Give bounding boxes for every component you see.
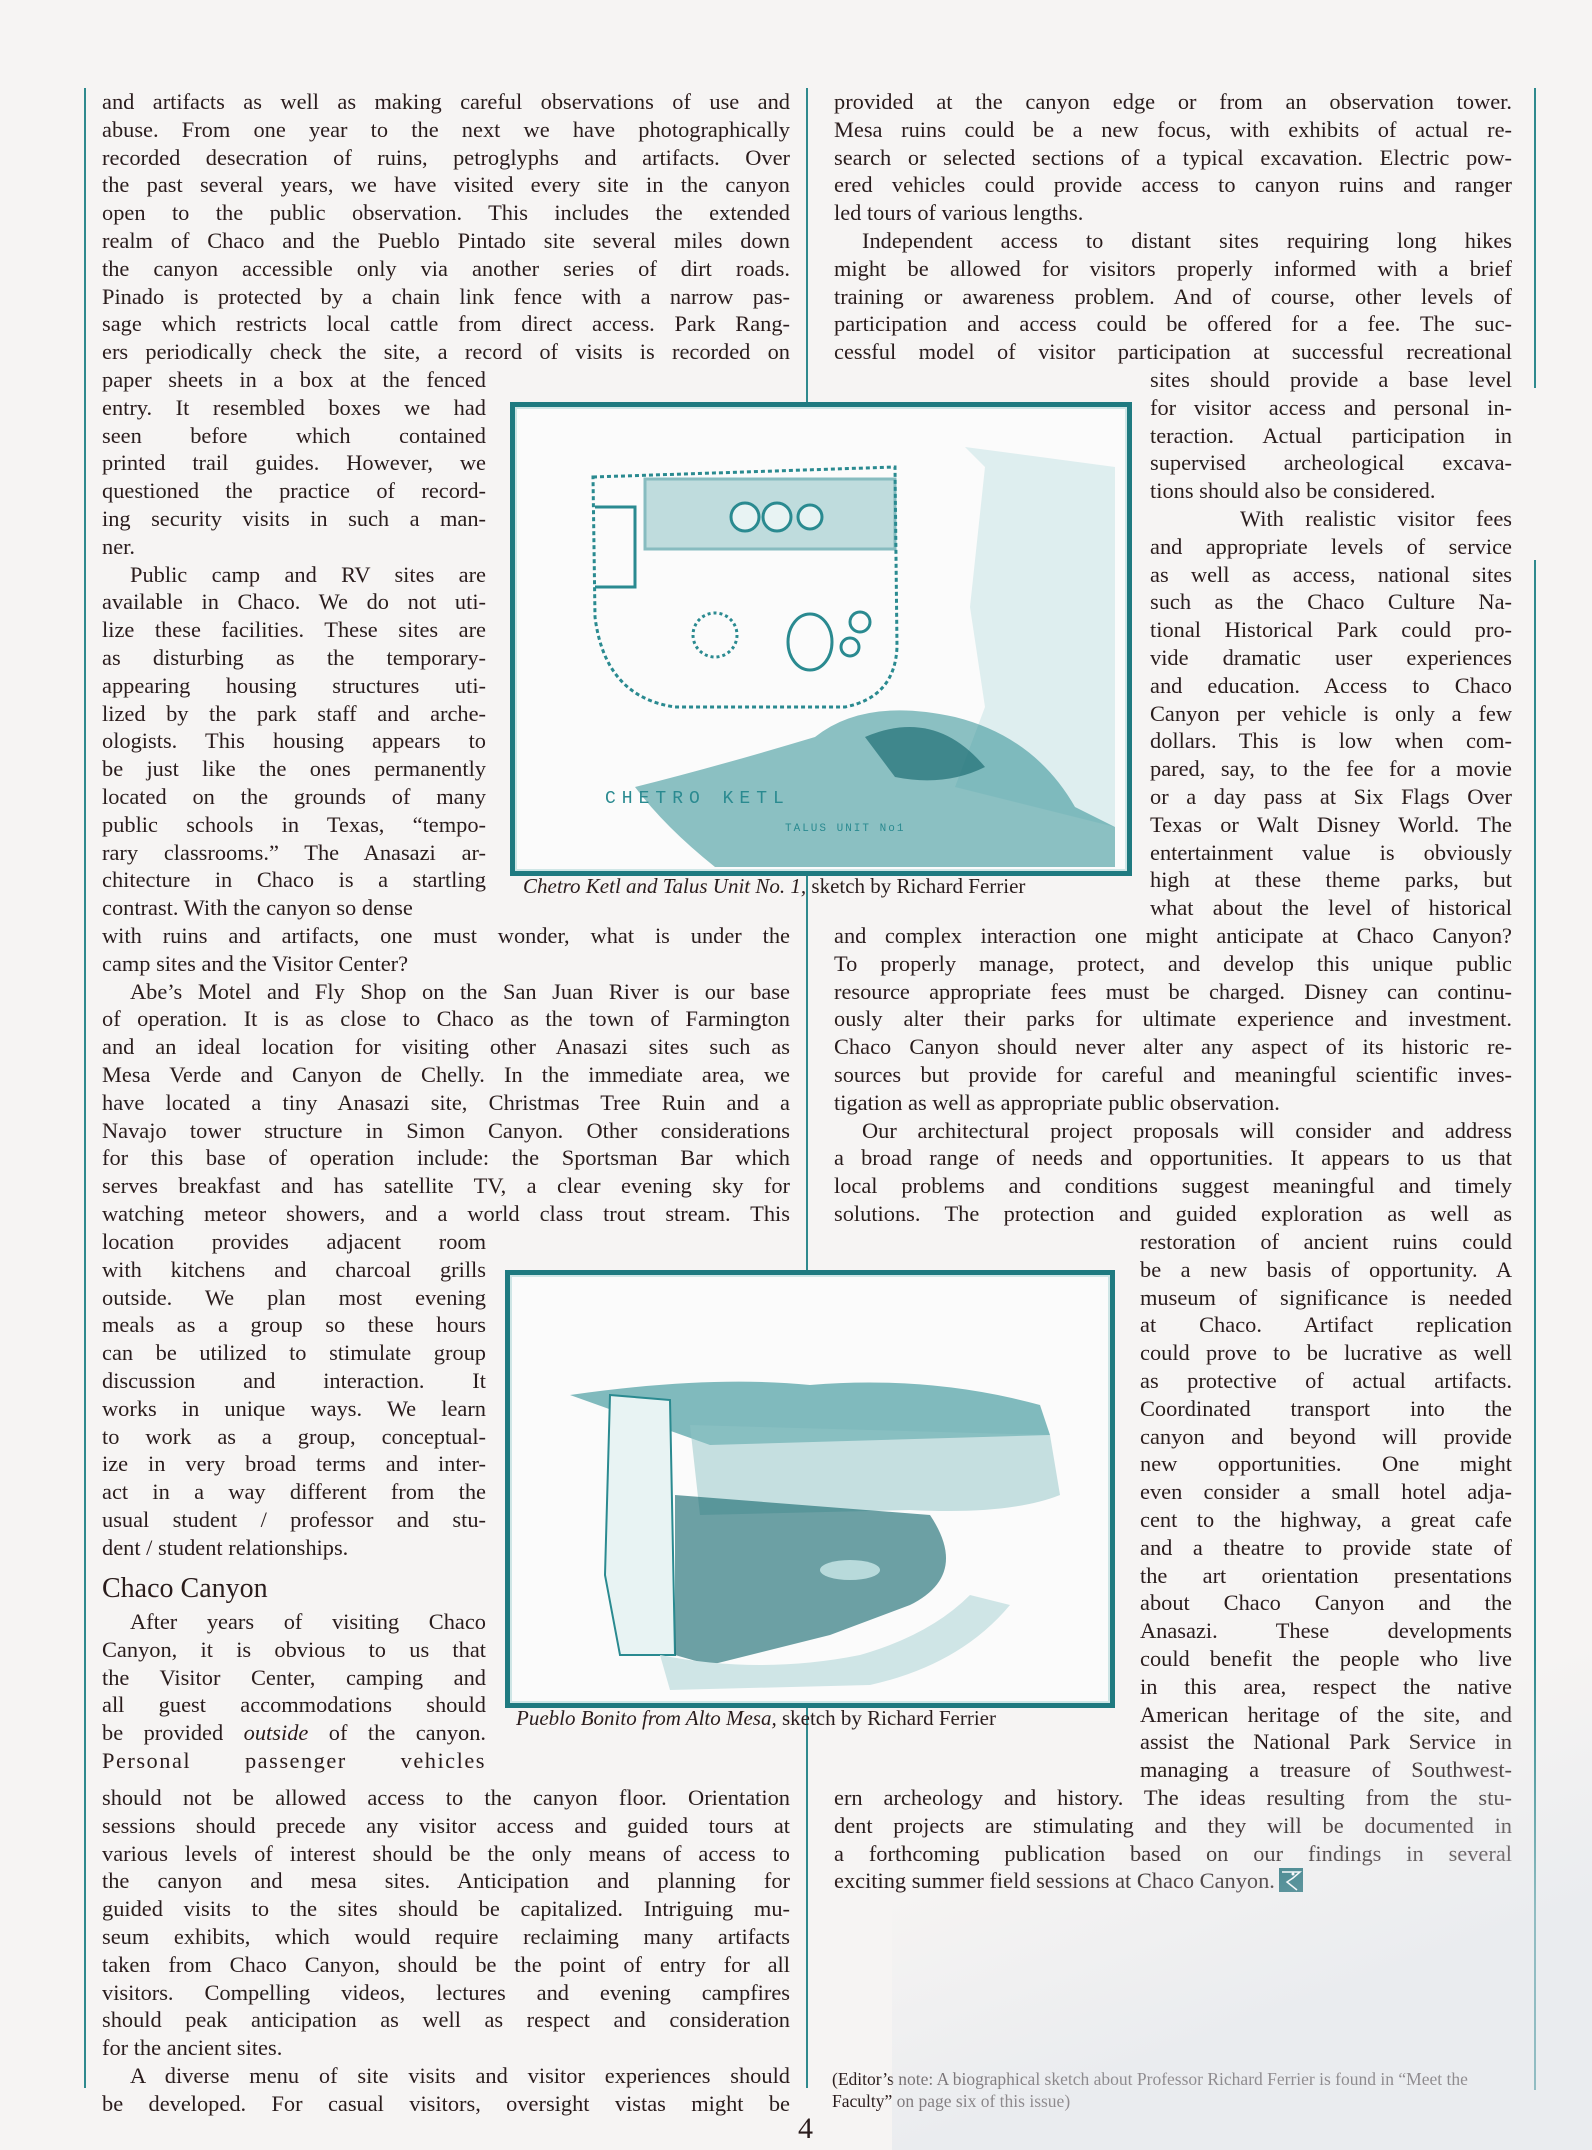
text-line: assist the National Park Service in <box>1140 1728 1512 1756</box>
text-line: at Chaco. Artifact replication <box>1140 1311 1512 1339</box>
text-line: With realistic visitor fees <box>1150 505 1512 533</box>
text-line: open to the public observation. This inc… <box>102 199 790 227</box>
text-line: discussion and interaction. It <box>102 1367 486 1395</box>
text-line: camp sites and the Visitor Center? <box>102 950 790 978</box>
text-line: and an ideal location for visiting other… <box>102 1033 790 1061</box>
chetro-ketl-sketch-image: CHETRO KETL TALUS UNIT No1 <box>515 407 1127 871</box>
text-line: local problems and conditions suggest me… <box>834 1172 1512 1200</box>
text-line: paper sheets in a box at the fenced <box>102 366 486 394</box>
text-line: the canyon and mesa sites. Anticipation … <box>102 1867 790 1895</box>
text-line: Independent access to distant sites requ… <box>834 227 1512 255</box>
text-line: To properly manage, protect, and develop… <box>834 950 1512 978</box>
section-heading-chaco-canyon: Chaco Canyon <box>102 1572 486 1606</box>
text-line: American heritage of the site, and <box>1140 1701 1512 1729</box>
text-line: entertainment value is obviously <box>1150 839 1512 867</box>
left-column-narrow-text-2: location provides adjacent roomwith kitc… <box>102 1228 486 1562</box>
text-line: Mesa ruins could be a new focus, with ex… <box>834 116 1512 144</box>
text-line: rary classrooms.” The Anasazi ar- <box>102 839 486 867</box>
text-line: visitors. Compelling videos, lectures an… <box>102 1979 790 2007</box>
text-line: Anasazi. These developments <box>1140 1617 1512 1645</box>
text-line: the past several years, we have visited … <box>102 171 790 199</box>
text-line: sources but provide for careful and mean… <box>834 1061 1512 1089</box>
text-line: training or awareness problem. And of co… <box>834 283 1512 311</box>
figure-1-caption: Chetro Ketl and Talus Unit No. 1, sketch… <box>523 874 1025 899</box>
left-column-rule <box>84 88 86 2088</box>
pueblo-bonito-sketch-image <box>510 1275 1110 1703</box>
figure-pueblo-bonito-sketch <box>505 1270 1115 1708</box>
text-line: Personal passenger vehicles <box>102 1747 486 1775</box>
text-line: high at these theme parks, but <box>1150 866 1512 894</box>
text-line: meals as a group so these hours <box>102 1311 486 1339</box>
text-line: tions should also be considered. <box>1150 477 1512 505</box>
text-line: serves breakfast and has satellite TV, a… <box>102 1172 790 1200</box>
text-line: cessful model of visitor participation a… <box>834 338 1512 366</box>
text-line: cent to the highway, a great cafe <box>1140 1506 1512 1534</box>
text-line: in this area, respect the native <box>1140 1673 1512 1701</box>
svg-text:TALUS UNIT No1: TALUS UNIT No1 <box>785 823 905 835</box>
text-line: Chaco Canyon should never alter any aspe… <box>834 1033 1512 1061</box>
text-line: participation and access could be offere… <box>834 310 1512 338</box>
text-line: contrast. With the canyon so dense <box>102 894 486 922</box>
left-column-narrow-text-1: paper sheets in a box at the fencedentry… <box>102 366 486 922</box>
text-line: the canyon accessible only via another s… <box>102 255 790 283</box>
text-line: and artifacts as well as making careful … <box>102 88 790 116</box>
text-line: abuse. From one year to the next we have… <box>102 116 790 144</box>
text-line: Our architectural project proposals will… <box>834 1117 1512 1145</box>
text-line: dollars. This is low when com- <box>1150 727 1512 755</box>
right-column-mid-text: and complex interaction one might antici… <box>834 922 1512 1228</box>
text-line: seum exhibits, which would require recla… <box>102 1923 790 1951</box>
text-line: be a new basis of opportunity. A <box>1140 1256 1512 1284</box>
text-line: canyon and beyond will provide <box>1140 1423 1512 1451</box>
text-line: might be allowed for visitors properly i… <box>834 255 1512 283</box>
text-line: what about the level of historical <box>1150 894 1512 922</box>
text-line: with ruins and artifacts, one must wonde… <box>102 922 790 950</box>
right-column-narrow-text-1: sites should provide a base levelfor vis… <box>1150 366 1512 922</box>
text-line: outside. We plan most evening <box>102 1284 486 1312</box>
text-line: Canyon per vehicle is only a few <box>1150 700 1512 728</box>
figure-2-caption: Pueblo Bonito from Alto Mesa, sketch by … <box>516 1706 996 1731</box>
text-line: questioned the practice of record- <box>102 477 486 505</box>
text-line: all guest accommodations should <box>102 1691 486 1719</box>
editor-note: (Editor’s note: A biographical sketch ab… <box>832 2068 1522 2112</box>
text-line: new opportunities. One might <box>1140 1450 1512 1478</box>
text-line: for the ancient sites. <box>102 2034 790 2062</box>
text-line: search or selected sections of a typical… <box>834 144 1512 172</box>
text-line: be provided outside of the canyon. <box>102 1719 486 1747</box>
text-line: After years of visiting Chaco <box>102 1608 486 1636</box>
center-column-rule <box>806 88 808 2088</box>
text-line: seen before which contained <box>102 422 486 450</box>
text-line: and complex interaction one might antici… <box>834 922 1512 950</box>
text-line: Public camp and RV sites are <box>102 561 486 589</box>
text-line: usual student / professor and stu- <box>102 1506 486 1534</box>
figure-chetro-ketl-sketch: CHETRO KETL TALUS UNIT No1 <box>510 402 1132 876</box>
text-line: ing security visits in such a man- <box>102 505 486 533</box>
text-line: ner. <box>102 533 486 561</box>
text-line: be just like the ones permanently <box>102 755 486 783</box>
text-line: as protective of actual artifacts. <box>1140 1367 1512 1395</box>
left-column-mid-text: with ruins and artifacts, one must wonde… <box>102 922 790 1228</box>
text-line: a broad range of needs and opportunities… <box>834 1144 1512 1172</box>
text-line: lized by the park staff and arche- <box>102 700 486 728</box>
text-line: appearing housing structures uti- <box>102 672 486 700</box>
text-line: managing a treasure of Southwest- <box>1140 1756 1512 1784</box>
text-line: should peak anticipation as well as resp… <box>102 2006 790 2034</box>
text-line: as disturbing as the temporary- <box>102 644 486 672</box>
text-line: sage which restricts local cattle from d… <box>102 310 790 338</box>
text-line: of operation. It is as close to Chaco as… <box>102 1005 790 1033</box>
end-of-article-logo-icon <box>1279 1868 1303 1892</box>
text-line: located on the grounds of many <box>102 783 486 811</box>
text-line: and education. Access to Chaco <box>1150 672 1512 700</box>
text-line: a forthcoming publication based on our f… <box>834 1840 1512 1868</box>
text-line: ologists. This housing appears to <box>102 727 486 755</box>
text-line: exciting summer field sessions at Chaco … <box>834 1867 1512 1895</box>
text-line: the art orientation presentations <box>1140 1562 1512 1590</box>
right-column-narrow-text-2: restoration of ancient ruins couldbe a n… <box>1140 1228 1512 1784</box>
text-line: could benefit the people who live <box>1140 1645 1512 1673</box>
text-line: Coordinated transport into the <box>1140 1395 1512 1423</box>
text-line: realm of Chaco and the Pueblo Pintado si… <box>102 227 790 255</box>
text-line: with kitchens and charcoal grills <box>102 1256 486 1284</box>
text-line: restoration of ancient ruins could <box>1140 1228 1512 1256</box>
text-line: vide dramatic user experiences <box>1150 644 1512 672</box>
left-column-top-text: and artifacts as well as making careful … <box>102 88 790 366</box>
text-line: and a theatre to provide state of <box>1140 1534 1512 1562</box>
text-line: for visitor access and personal in- <box>1150 394 1512 422</box>
svg-text:CHETRO KETL: CHETRO KETL <box>605 789 790 809</box>
text-line: teraction. Actual participation in <box>1150 422 1512 450</box>
text-line: ered vehicles could provide access to ca… <box>834 171 1512 199</box>
text-line: chitecture in Chaco is a startling <box>102 866 486 894</box>
text-line: supervised archeological excava- <box>1150 449 1512 477</box>
text-line: watching meteor showers, and a world cla… <box>102 1200 790 1228</box>
text-line: A diverse menu of site visits and visito… <box>102 2062 790 2090</box>
text-line: to work as a group, conceptual- <box>102 1423 486 1451</box>
text-line: works in unique ways. We learn <box>102 1395 486 1423</box>
text-line: the Visitor Center, camping and <box>102 1664 486 1692</box>
left-column-bottom-text: should not be allowed access to the cany… <box>102 1784 790 2118</box>
text-line: even consider a small hotel adja- <box>1140 1478 1512 1506</box>
text-line: dent / student relationships. <box>102 1534 486 1562</box>
text-line: museum of significance is needed <box>1140 1284 1512 1312</box>
text-line: entry. It resembled boxes we had <box>102 394 486 422</box>
text-line: be developed. For casual visitors, overs… <box>102 2090 790 2118</box>
text-line: recorded desecration of ruins, petroglyp… <box>102 144 790 172</box>
text-line: about Chaco Canyon and the <box>1140 1589 1512 1617</box>
text-line: guided visits to the sites should be cap… <box>102 1895 790 1923</box>
text-line: sites should provide a base level <box>1150 366 1512 394</box>
text-line: Mesa Verde and Canyon de Chelly. In the … <box>102 1061 790 1089</box>
text-line: solutions. The protection and guided exp… <box>834 1200 1512 1228</box>
text-line: led tours of various lengths. <box>834 199 1512 227</box>
text-line: location provides adjacent room <box>102 1228 486 1256</box>
text-line: Canyon, it is obvious to us that <box>102 1636 486 1664</box>
text-line: should not be allowed access to the cany… <box>102 1784 790 1812</box>
text-line: public schools in Texas, “tempo- <box>102 811 486 839</box>
text-line: pared, say, to the fee for a movie <box>1150 755 1512 783</box>
text-line: various levels of interest should be the… <box>102 1840 790 1868</box>
text-line: tigation as well as appropriate public o… <box>834 1089 1512 1117</box>
text-line: ously alter their parks for ultimate exp… <box>834 1005 1512 1033</box>
page-number: 4 <box>798 2112 813 2146</box>
text-line: tional Historical Park could pro- <box>1150 616 1512 644</box>
text-line: dent projects are stimulating and they w… <box>834 1812 1512 1840</box>
right-column-bottom-text: ern archeology and history. The ideas re… <box>834 1784 1512 1895</box>
right-column-top-text: provided at the canyon edge or from an o… <box>834 88 1512 366</box>
text-line: ern archeology and history. The ideas re… <box>834 1784 1512 1812</box>
text-line: for this base of operation include: the … <box>102 1144 790 1172</box>
text-line: ize in very broad terms and inter- <box>102 1450 486 1478</box>
text-line: provided at the canyon edge or from an o… <box>834 88 1512 116</box>
text-line: Abe’s Motel and Fly Shop on the San Juan… <box>102 978 790 1006</box>
text-line: Texas or Walt Disney World. The <box>1150 811 1512 839</box>
text-line: Navajo tower structure in Simon Canyon. … <box>102 1117 790 1145</box>
text-line: such as the Chaco Culture Na- <box>1150 588 1512 616</box>
text-line: have located a tiny Anasazi site, Christ… <box>102 1089 790 1117</box>
text-line: Pinado is protected by a chain link fenc… <box>102 283 790 311</box>
right-column-rule <box>1534 88 1536 388</box>
text-line: can be utilized to stimulate group <box>102 1339 486 1367</box>
text-line: act in a way different from the <box>102 1478 486 1506</box>
text-line: printed trail guides. However, we <box>102 449 486 477</box>
text-line: and appropriate levels of service <box>1150 533 1512 561</box>
text-line: could prove to be lucrative as well <box>1140 1339 1512 1367</box>
text-line: available in Chaco. We do not uti- <box>102 588 486 616</box>
text-line: or a day pass at Six Flags Over <box>1150 783 1512 811</box>
left-column-section: Chaco Canyon After years of visiting Cha… <box>102 1562 486 1775</box>
text-line: as well as access, national sites <box>1150 561 1512 589</box>
text-line: resource appropriate fees must be charge… <box>834 978 1512 1006</box>
text-line: ers periodically check the site, a recor… <box>102 338 790 366</box>
text-line: taken from Chaco Canyon, should be the p… <box>102 1951 790 1979</box>
text-line: sessions should precede any visitor acce… <box>102 1812 790 1840</box>
right-column-rule-lower <box>1534 560 1536 2090</box>
text-line: lize these facilities. These sites are <box>102 616 486 644</box>
